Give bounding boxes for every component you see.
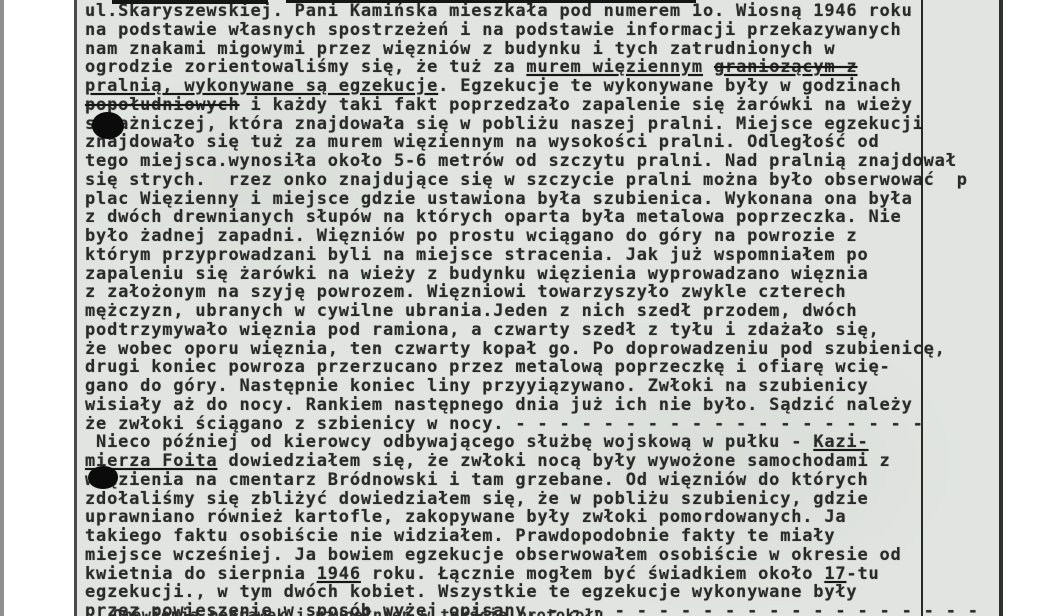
text-line: mierza Foita dowiedziałem się, że zwłoki… xyxy=(85,452,1035,471)
text-line: plac Więzienny i miejsce gdzie ustawiona… xyxy=(85,190,1035,209)
text-line: miejsce wcześniej. Ja bowiem egzekucje o… xyxy=(85,546,1035,565)
text-line: drugi koniec powroza przerzucano przez m… xyxy=(85,358,1035,377)
ink-blot xyxy=(92,112,124,139)
text-line: z założonym na szyję powrozem. Więzniowi… xyxy=(85,283,1035,302)
text-line: Nieco później od kierowcy odbywającego s… xyxy=(85,433,1035,452)
text-line: gano do góry. Następnie koniec liny przy… xyxy=(85,377,1035,396)
text-line: że zwłoki ściągano z szbienicy w nocy. -… xyxy=(85,415,1035,434)
text-line: tego miejsca.wynosiła około 5-6 metrów o… xyxy=(85,152,1035,171)
text-line: kwietnia do sierpnia 1946 roku. Łącznie … xyxy=(85,565,1035,584)
text-line: wisiały aż do nocy. Rankiem następnego d… xyxy=(85,396,1035,415)
text-line: takiego faktu osobiście nie widziałem. P… xyxy=(85,527,1035,546)
text-line: że wobec oporu więznia, ten czwarty kopa… xyxy=(85,340,1035,359)
partial-bottom-line: Omówienia poprawek i uzupełnień w tekści… xyxy=(113,607,604,616)
text-line: mężczyzn, ubranych w cywilne ubrania.Jed… xyxy=(85,302,1035,321)
text-line: było żadnej zapadni. Więzniów po prostu … xyxy=(85,227,1035,246)
text-line: na podstawie własnych spostrzeżeń i na p… xyxy=(85,21,1035,40)
text-line: więzienia na cmentarz Bródnowski i tam g… xyxy=(85,471,1035,490)
text-line: podtrzymywało więznia pod ramiona, a czw… xyxy=(85,321,1035,340)
text-line: uprawniano również kartofle, zakopywane … xyxy=(85,508,1035,527)
text-line: nam znakami migowymi przez więzniów z bu… xyxy=(85,40,1035,59)
text-line: znajdowało się tuż za murem więziennym n… xyxy=(85,133,1035,152)
text-line: egzekucji., w tym dwóch kobiet. Wszystki… xyxy=(85,583,1035,602)
text-line: ul.Skaryszewskiej. Pani Kamińska mieszka… xyxy=(85,2,1035,21)
text-line: strażniczej, która znajdowała się w pobl… xyxy=(85,115,1035,134)
text-line: zdołaliśmy się zbliżyć dowiedziałem się,… xyxy=(85,490,1035,509)
text-line: z dwóch drewnianych słupów na których op… xyxy=(85,208,1035,227)
top-edge-mark xyxy=(286,0,696,3)
text-line: ogrodzie zorientowaliśmy się, że tuż za … xyxy=(85,58,1035,77)
text-line: się strych. rzez onko znajdujące się w s… xyxy=(85,171,1035,190)
top-edge-mark xyxy=(112,0,268,4)
margin-ruled-line xyxy=(921,0,923,616)
ink-blot xyxy=(88,466,118,489)
document-text: ul.Skaryszewskiej. Pani Kamińska mieszka… xyxy=(85,2,1035,616)
screen-edge-strip xyxy=(0,0,4,616)
text-line: zapaleniu się żarówki na wieży z budynku… xyxy=(85,265,1035,284)
text-line: popołudniowych i każdy taki fakt poprzed… xyxy=(85,96,1035,115)
scanned-document-page: ul.Skaryszewskiej. Pani Kamińska mieszka… xyxy=(0,0,1042,616)
text-line: którym przyprowadzani byli na miejsce st… xyxy=(85,246,1035,265)
text-line: pralnią, wykonywane są egzekucje. Egzeku… xyxy=(85,77,1035,96)
